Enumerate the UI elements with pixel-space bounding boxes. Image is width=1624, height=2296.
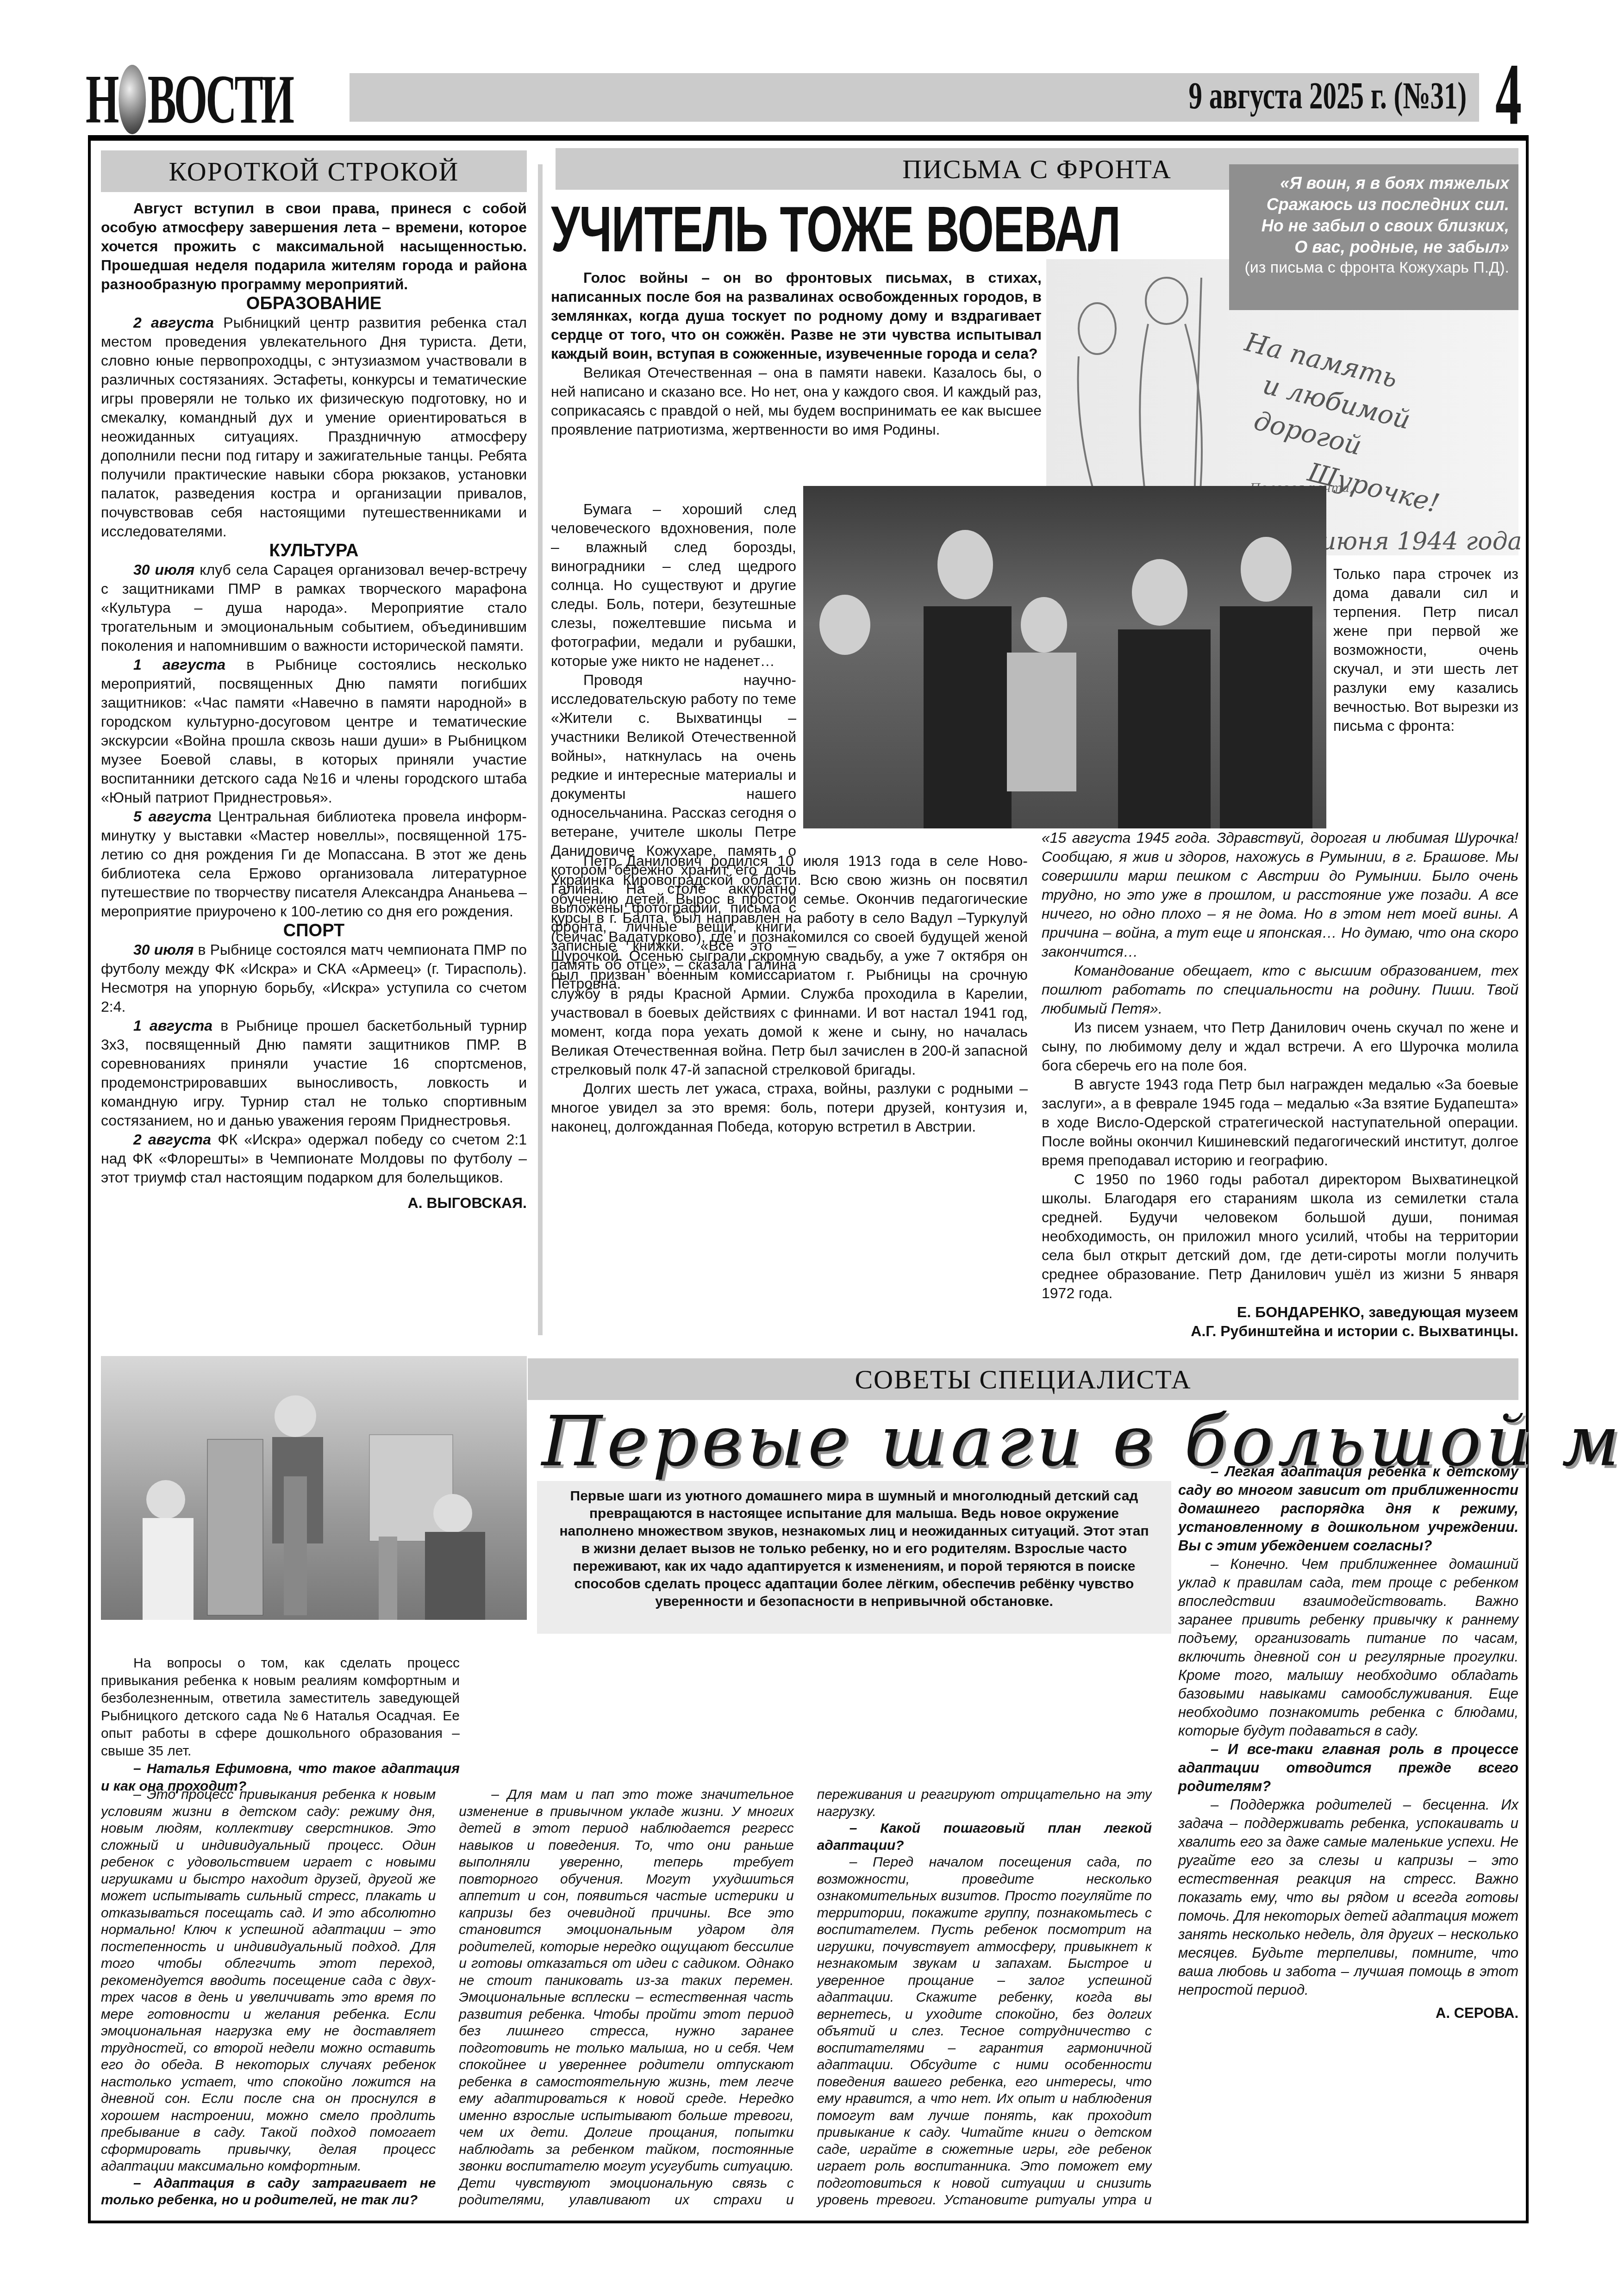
news-item: 30 июля клуб села Сарацея организовал ве… xyxy=(101,560,527,655)
interview-question: – И все-таки главная роль в процессе ада… xyxy=(1178,1740,1518,1796)
interview-question: – Легкая адаптация ребенка к детскому са… xyxy=(1178,1462,1518,1555)
interview-answer: – Поддержка родителей – бесценна. Их зад… xyxy=(1178,1796,1518,1999)
news-date: 2 августа xyxy=(133,314,214,331)
rubric-advice: СОВЕТЫ СПЕЦИАЛИСТА xyxy=(528,1358,1518,1400)
paragraph: Петр Данилович родился 10 июля 1913 года… xyxy=(551,852,1028,1079)
news-text: в Рыбнице прошел баскетбольный турнир 3x… xyxy=(101,1017,527,1129)
news-item: 5 августа Центральная библиотека провела… xyxy=(101,807,527,921)
letters-col-mid: Петр Данилович родился 10 июля 1913 года… xyxy=(551,852,1028,1333)
article-lead: Голос войны – он во фронтовых письмах, в… xyxy=(551,268,1042,363)
children-playing-icon xyxy=(101,1356,527,1620)
kids-photo xyxy=(101,1356,527,1620)
letter-excerpt: Командование обещает, кто с высшим образ… xyxy=(1042,961,1518,1018)
news-date: 30 июля xyxy=(133,941,194,958)
poem-quote: «Я воин, я в боях тяжелых Сражаюсь из по… xyxy=(1229,173,1509,258)
rubric-short-news: КОРОТКОЙ СТРОКОЙ xyxy=(101,150,527,192)
news-date: 5 августа xyxy=(133,808,212,825)
advice-columns: – Это процесс привыкания ребенка к новым… xyxy=(101,1786,1152,2212)
interview-question: – Какой пошаговый план легкой адаптации? xyxy=(817,1820,1152,1854)
section-heading: КУЛЬТУРА xyxy=(101,541,527,560)
author-signature: Е. БОНДАРЕНКО, заведующая музеем xyxy=(1042,1303,1518,1322)
newspaper-logo: НВОСТИ xyxy=(86,65,292,134)
paragraph: С 1950 по 1960 годы работал директором В… xyxy=(1042,1170,1518,1303)
short-news-article: Август вступил в свои права, принеся с с… xyxy=(101,199,527,1213)
news-item: 1 августа в Рыбнице состоялись несколько… xyxy=(101,655,527,807)
news-text: Центральная библиотека провела информ-ми… xyxy=(101,808,527,920)
family-photo xyxy=(803,486,1326,828)
quote-box: «Я воин, я в боях тяжелых Сражаюсь из по… xyxy=(1229,164,1518,310)
news-date: 1 августа xyxy=(133,656,225,673)
paragraph: Великая Отечественная – она в памяти нав… xyxy=(551,363,1042,439)
paragraph: В августе 1943 года Петр был награжден м… xyxy=(1042,1075,1518,1170)
news-item: 1 августа в Рыбнице прошел баскетбольный… xyxy=(101,1016,527,1130)
news-item: 30 июля в Рыбнице состоялся матч чемпион… xyxy=(101,940,527,1016)
globe-icon xyxy=(119,65,146,134)
letters-col-right: «15 августа 1945 года. Здравствуй, дорог… xyxy=(1042,828,1518,1341)
article-title: УЧИТЕЛЬ ТОЖЕ ВОЕВАЛ xyxy=(551,194,1120,264)
advice-lead: Первые шаги из уютного домашнего мира в … xyxy=(537,1481,1171,1617)
news-text: Рыбницкий центр развития ребенка стал ме… xyxy=(101,314,527,540)
advice-lead-box: Первые шаги из уютного домашнего мира в … xyxy=(537,1481,1171,1634)
family-portrait-icon xyxy=(803,486,1326,828)
letters-right-narrow: Только пара строчек из дома давали сил и… xyxy=(1333,565,1518,735)
interview-answer: – Конечно. Чем приближеннее домашний укл… xyxy=(1178,1555,1518,1740)
paragraph: Из писем узнаем, что Петр Данилович очен… xyxy=(1042,1018,1518,1075)
author-affiliation: А.Г. Рубинштейна и истории с. Выхватинцы… xyxy=(1042,1322,1518,1341)
paragraph: Долгих шесть лет ужаса, страха, войны, р… xyxy=(551,1079,1028,1136)
section-heading: СПОРТ xyxy=(101,921,527,940)
news-item: 2 августа Рыбницкий центр развития ребен… xyxy=(101,313,527,541)
short-news-lead: Август вступил в свои права, принеся с с… xyxy=(101,199,527,294)
author-signature: А. СЕРОВА. xyxy=(1178,2004,1518,2022)
letter-excerpt: «15 августа 1945 года. Здравствуй, дорог… xyxy=(1042,828,1518,961)
letters-lead-block: Голос войны – он во фронтовых письмах, в… xyxy=(551,268,1042,439)
news-date: 2 августа xyxy=(133,1131,211,1148)
page-number: 4 xyxy=(1495,51,1522,139)
issue-date: 9 августа 2025 г. (№31) xyxy=(1188,74,1467,118)
advice-col-1: На вопросы о том, как сделать процесс пр… xyxy=(101,1655,460,1795)
news-text: в Рыбнице состоялись несколько мероприят… xyxy=(101,656,527,806)
column-divider xyxy=(538,164,543,1335)
section-heading: ОБРАЗОВАНИЕ xyxy=(101,294,527,313)
paragraph: Бумага – хороший след человеческого вдох… xyxy=(551,500,796,671)
news-date: 30 июля xyxy=(133,561,194,578)
news-date: 1 августа xyxy=(133,1017,212,1034)
interview-answer: – Это процесс привыкания ребенка к новым… xyxy=(101,1786,436,2175)
advice-col-right: – Легкая адаптация ребенка к детскому са… xyxy=(1178,1462,1518,2022)
paragraph: Только пара строчек из дома давали сил и… xyxy=(1333,565,1518,735)
interview-intro: На вопросы о том, как сделать процесс пр… xyxy=(101,1655,460,1760)
interview-question: – Адаптация в саду затрагивает не только… xyxy=(101,2175,436,2209)
author-signature: А. ВЫГОВСКАЯ. xyxy=(101,1194,527,1213)
news-item: 2 августа ФК «Искра» одержал победу со с… xyxy=(101,1130,527,1187)
quote-source: (из письма с фронта Кожухарь П.Д). xyxy=(1229,258,1509,277)
